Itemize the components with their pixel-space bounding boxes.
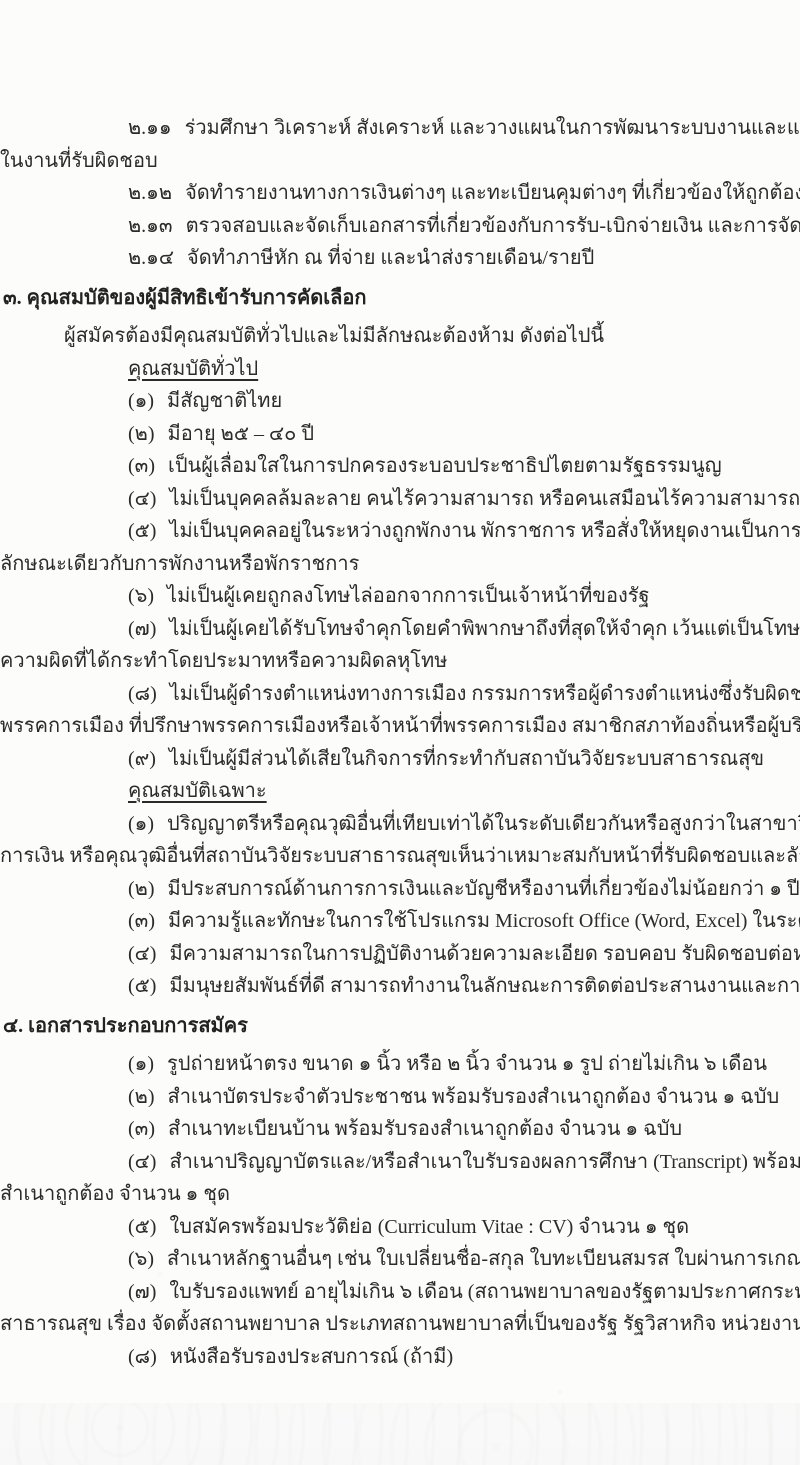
item-text: เป็นผู้เลื่อมใสในการปกครองระบอบประชาธิปไ…: [168, 455, 722, 477]
continuation-line: สำเนาถูกต้อง จำนวน ๑ ชุด: [0, 1178, 800, 1211]
list-item: (๙)ไม่เป็นผู้มีส่วนได้เสียในกิจการที่กระ…: [0, 743, 800, 776]
item-text: สาธารณสุข เรื่อง จัดตั้งสถานพยาบาล ประเภ…: [0, 1313, 800, 1335]
sub-heading-specific-qualifications: คุณสมบัติเฉพาะ: [0, 775, 800, 808]
continuation-line: ลักษณะเดียวกับการพักงานหรือพักราชการ: [0, 548, 800, 581]
item-text: ไม่เป็นบุคคลล้มละลาย คนไร้ความสามารถ หรื…: [169, 488, 800, 510]
list-item: ๒.๑๑ร่วมศึกษา วิเคราะห์ สังเคราะห์ และวา…: [0, 112, 800, 145]
item-number: (๕): [128, 970, 156, 1003]
item-text: ตรวจสอบและจัดเก็บเอกสารที่เกี่ยวข้องกับก…: [186, 215, 800, 237]
item-text: มีมนุษยสัมพันธ์ที่ดี สามารถทำงานในลักษณะ…: [169, 975, 800, 997]
item-text: จัดทำรายงานทางการเงินต่างๆ และทะเบียนคุม…: [185, 182, 800, 204]
item-number: (๖): [128, 1243, 154, 1276]
item-text: สำเนาถูกต้อง จำนวน ๑ ชุด: [0, 1183, 230, 1205]
intro-paragraph: ผู้สมัครต้องมีคุณสมบัติทั่วไปและไม่มีลัก…: [0, 320, 800, 353]
item-text: สำเนาทะเบียนบ้าน พร้อมรับรองสำเนาถูกต้อง…: [168, 1118, 682, 1140]
section-header-qualifications: ๓. คุณสมบัติของผู้มีสิทธิเข้ารับการคัดเล…: [0, 282, 800, 315]
continuation-line: สาธารณสุข เรื่อง จัดตั้งสถานพยาบาล ประเภ…: [0, 1308, 800, 1341]
item-number: (๔): [128, 1146, 156, 1179]
item-number: (๕): [128, 1211, 156, 1244]
list-item: ๒.๑๓ตรวจสอบและจัดเก็บเอกสารที่เกี่ยวข้อง…: [0, 210, 800, 243]
continuation-line: ในงานที่รับผิดชอบ: [0, 145, 800, 178]
item-number: (๒): [128, 1081, 155, 1114]
item-number: ๒.๑๓: [128, 210, 173, 243]
item-number: (๘): [128, 1341, 157, 1374]
paragraph-text: ผู้สมัครต้องมีคุณสมบัติทั่วไปและไม่มีลัก…: [64, 325, 604, 347]
item-text: สำเนาปริญญาบัตรและ/หรือสำเนาใบรับรองผลกา…: [169, 1151, 800, 1173]
item-text: ความผิดที่ได้กระทำโดยประมาทหรือความผิดลห…: [0, 650, 447, 672]
item-text: มีความรู้และทักษะในการใช้โปรแกรม Microso…: [168, 910, 800, 932]
list-item: (๔)สำเนาปริญญาบัตรและ/หรือสำเนาใบรับรองผ…: [0, 1146, 800, 1179]
item-number: (๒): [128, 873, 155, 906]
item-number: (๑): [128, 385, 154, 418]
item-text: ไม่เป็นผู้เคยได้รับโทษจำคุกโดยคำพิพากษาถ…: [169, 618, 800, 640]
list-item: (๔)มีความสามารถในการปฏิบัติงานด้วยความละ…: [0, 938, 800, 971]
item-text: มีประสบการณ์ด้านการการเงินและบัญชีหรืองา…: [168, 878, 800, 900]
list-item: (๔)ไม่เป็นบุคคลล้มละลาย คนไร้ความสามารถ …: [0, 483, 800, 516]
item-number: (๒): [128, 418, 155, 451]
list-item: (๑)รูปถ่ายหน้าตรง ขนาด ๑ นิ้ว หรือ ๒ นิ้…: [0, 1048, 800, 1081]
item-text: ในงานที่รับผิดชอบ: [0, 150, 158, 172]
item-number: (๓): [128, 450, 155, 483]
list-item: (๓)สำเนาทะเบียนบ้าน พร้อมรับรองสำเนาถูกต…: [0, 1113, 800, 1146]
sub-heading-general-qualifications: คุณสมบัติทั่วไป: [0, 353, 800, 386]
list-item: (๖)ไม่เป็นผู้เคยถูกลงโทษไล่ออกจากการเป็น…: [0, 580, 800, 613]
list-item: (๗)ไม่เป็นผู้เคยได้รับโทษจำคุกโดยคำพิพาก…: [0, 613, 800, 646]
list-item: ๒.๑๒จัดทำรายงานทางการเงินต่างๆ และทะเบีย…: [0, 177, 800, 210]
list-item: (๕)ไม่เป็นบุคคลอยู่ในระหว่างถูกพักงาน พั…: [0, 515, 800, 548]
item-text: การเงิน หรือคุณวุฒิอื่นที่สถาบันวิจัยระบ…: [0, 845, 800, 867]
item-text: หนังสือรับรองประสบการณ์ (ถ้ามี): [170, 1346, 453, 1368]
item-number: ๒.๑๒: [128, 177, 172, 210]
item-number: ๒.๑๔: [128, 242, 174, 275]
sub-heading-text: คุณสมบัติเฉพาะ: [128, 780, 267, 802]
item-number: (๘): [128, 678, 157, 711]
item-number: (๑): [128, 808, 154, 841]
scanned-document-page: ๒.๑๑ร่วมศึกษา วิเคราะห์ สังเคราะห์ และวา…: [0, 0, 800, 1465]
item-number: (๗): [128, 613, 156, 646]
list-item: (๒)มีประสบการณ์ด้านการการเงินและบัญชีหรื…: [0, 873, 800, 906]
item-number: (๗): [128, 1276, 156, 1309]
list-item: (๑)ปริญญาตรีหรือคุณวุฒิอื่นที่เทียบเท่าไ…: [0, 808, 800, 841]
item-text: ไม่เป็นผู้ดำรงตำแหน่งทางการเมือง กรรมการ…: [170, 683, 800, 705]
item-text: ลักษณะเดียวกับการพักงานหรือพักราชการ: [0, 553, 359, 575]
item-number: ๒.๑๑: [128, 112, 172, 145]
item-text: ร่วมศึกษา วิเคราะห์ สังเคราะห์ และวางแผน…: [185, 117, 800, 139]
item-text: สำเนาหลักฐานอื่นๆ เช่น ใบเปลี่ยนชื่อ-สกุ…: [167, 1248, 800, 1270]
list-item: (๘)ไม่เป็นผู้ดำรงตำแหน่งทางการเมือง กรรม…: [0, 678, 800, 711]
item-text: ใบรับรองแพทย์ อายุไม่เกิน ๖ เดือน (สถานพ…: [169, 1281, 800, 1303]
item-text: ใบสมัครพร้อมประวัติย่อ (Curriculum Vitae…: [169, 1216, 689, 1238]
list-item: (๘)หนังสือรับรองประสบการณ์ (ถ้ามี): [0, 1341, 800, 1374]
list-item: (๓)มีความรู้และทักษะในการใช้โปรแกรม Micr…: [0, 905, 800, 938]
sub-heading-text: คุณสมบัติทั่วไป: [128, 358, 258, 380]
continuation-line: การเงิน หรือคุณวุฒิอื่นที่สถาบันวิจัยระบ…: [0, 840, 800, 873]
item-number: (๔): [128, 483, 156, 516]
list-item: (๗)ใบรับรองแพทย์ อายุไม่เกิน ๖ เดือน (สถ…: [0, 1276, 800, 1309]
item-number: (๓): [128, 1113, 155, 1146]
section-header-text: ๓. คุณสมบัติของผู้มีสิทธิเข้ารับการคัดเล…: [3, 287, 366, 309]
item-number: (๓): [128, 905, 155, 938]
item-text: ไม่เป็นผู้เคยถูกลงโทษไล่ออกจากการเป็นเจ้…: [167, 585, 650, 607]
item-text: สำเนาบัตรประจำตัวประชาชน พร้อมรับรองสำเน…: [168, 1086, 780, 1108]
list-item: (๑)มีสัญชาติไทย: [0, 385, 800, 418]
list-item: (๕)ใบสมัครพร้อมประวัติย่อ (Curriculum Vi…: [0, 1211, 800, 1244]
section-header-application-documents: ๔. เอกสารประกอบการสมัคร: [0, 1010, 800, 1043]
list-item: ๒.๑๔จัดทำภาษีหัก ณ ที่จ่าย และนำส่งรายเด…: [0, 242, 800, 275]
item-number: (๙): [128, 743, 156, 776]
item-text: มีความสามารถในการปฏิบัติงานด้วยความละเอี…: [169, 943, 800, 965]
item-number: (๑): [128, 1048, 154, 1081]
item-text: จัดทำภาษีหัก ณ ที่จ่าย และนำส่งรายเดือน/…: [187, 247, 594, 269]
item-text: รูปถ่ายหน้าตรง ขนาด ๑ นิ้ว หรือ ๒ นิ้ว จ…: [167, 1053, 767, 1075]
item-text: มีสัญชาติไทย: [167, 390, 282, 412]
scan-noise: [0, 1403, 800, 1465]
list-item: (๕)มีมนุษยสัมพันธ์ที่ดี สามารถทำงานในลัก…: [0, 970, 800, 1003]
item-text: พรรคการเมือง ที่ปรึกษาพรรคการเมืองหรือเจ…: [0, 715, 800, 737]
list-item: (๒)สำเนาบัตรประจำตัวประชาชน พร้อมรับรองส…: [0, 1081, 800, 1114]
continuation-line: ความผิดที่ได้กระทำโดยประมาทหรือความผิดลห…: [0, 645, 800, 678]
item-text: มีอายุ ๒๕ – ๔๐ ปี: [168, 423, 315, 445]
item-text: ไม่เป็นผู้มีส่วนได้เสียในกิจการที่กระทำก…: [169, 748, 764, 770]
item-number: (๖): [128, 580, 154, 613]
item-number: (๔): [128, 938, 156, 971]
item-number: (๕): [128, 515, 156, 548]
item-text: ปริญญาตรีหรือคุณวุฒิอื่นที่เทียบเท่าได้ใ…: [167, 813, 800, 835]
list-item: (๒)มีอายุ ๒๕ – ๔๐ ปี: [0, 418, 800, 451]
continuation-line: พรรคการเมือง ที่ปรึกษาพรรคการเมืองหรือเจ…: [0, 710, 800, 743]
list-item: (๖)สำเนาหลักฐานอื่นๆ เช่น ใบเปลี่ยนชื่อ-…: [0, 1243, 800, 1276]
item-text: ไม่เป็นบุคคลอยู่ในระหว่างถูกพักงาน พักรา…: [169, 520, 800, 542]
section-header-text: ๔. เอกสารประกอบการสมัคร: [3, 1015, 248, 1037]
list-item: (๓)เป็นผู้เลื่อมใสในการปกครองระบอบประชาธ…: [0, 450, 800, 483]
